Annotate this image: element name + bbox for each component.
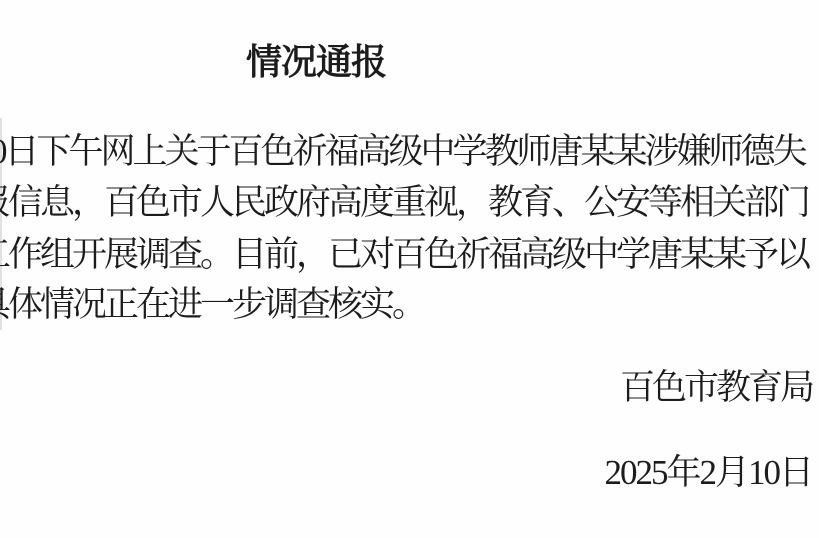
paragraph-line-2: 报信息，百色市人民政府高度重视，教育、公安等相关部门 [0, 181, 808, 225]
paragraph-line-4: 具体情况正在进一步调查核实。 [0, 283, 424, 327]
paragraph-line-3: 工作组开展调查。目前，已对百色祈福高级中学唐某某予以 [0, 233, 808, 277]
issuing-authority-signature: 百色市教育局 [620, 368, 812, 408]
document-date: 2025年2月10日 [604, 453, 812, 493]
paragraph-line-1: 0日下午网上关于百色祈福高级中学教师唐某某涉嫌师德失 [0, 130, 805, 174]
notice-document: 情况通报 0日下午网上关于百色祈福高级中学教师唐某某涉嫌师德失 报信息，百色市人… [0, 0, 819, 538]
document-title: 情况通报 [246, 42, 386, 82]
